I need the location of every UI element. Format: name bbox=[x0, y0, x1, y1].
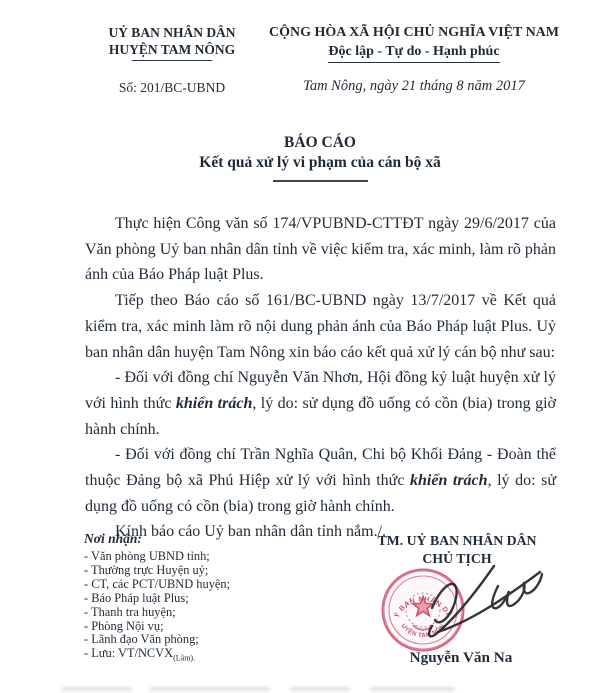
document-page: UỶ BAN NHÂN DÂN HUYỆN TAM NÔNG Số: 201/B… bbox=[0, 0, 600, 693]
issuer-org-line1: UỶ BAN NHÂN DÂN bbox=[82, 24, 262, 41]
handwritten-signature bbox=[402, 560, 547, 644]
recipient-item: - Thường trực Huyện uỷ; bbox=[84, 564, 284, 578]
issuer-block: UỶ BAN NHÂN DÂN HUYỆN TAM NÔNG Số: 201/B… bbox=[82, 24, 262, 96]
archive-clerk-initials: (Lãm). bbox=[173, 654, 195, 663]
place-and-date: Tam Nông, ngày 21 tháng 8 năm 2017 bbox=[266, 78, 562, 95]
document-body: Thực hiện Công văn số 174/VPUBND-CTTĐT n… bbox=[85, 211, 556, 545]
paragraph-4: - Đối với đồng chí Trần Nghĩa Quân, Chi … bbox=[85, 442, 556, 519]
document-type-title: BÁO CÁO bbox=[85, 133, 555, 153]
recipient-item: - Lãnh đạo Văn phòng; bbox=[84, 633, 284, 647]
signature-ink-icon bbox=[402, 560, 547, 644]
document-number: Số: 201/BC-UBND bbox=[82, 80, 262, 96]
national-motto-line2: Độc lập - Tự do - Hạnh phúc bbox=[328, 43, 499, 63]
national-motto-line1: CỘNG HÒA XÃ HỘI CHỦ NGHĨA VIỆT NAM bbox=[266, 24, 562, 42]
issuer-underline bbox=[132, 60, 212, 61]
paragraph-3: - Đối với đồng chí Nguyễn Văn Nhơn, Hội … bbox=[85, 365, 556, 442]
title-block: BÁO CÁO Kết quả xử lý vi phạm của cán bộ… bbox=[85, 133, 555, 182]
document-subject-title: Kết quả xử lý vi phạm của cán bộ xã bbox=[85, 153, 555, 173]
issuer-org-line2: HUYỆN TAM NÔNG bbox=[82, 41, 262, 58]
signer-name: Nguyễn Văn Na bbox=[366, 649, 556, 667]
scan-artifact bbox=[290, 687, 350, 691]
scan-artifact bbox=[150, 687, 270, 691]
recipient-item: - CT, các PCT/UBND huyện; bbox=[84, 578, 284, 592]
recipient-item: - Báo Pháp luật Plus; bbox=[84, 592, 284, 606]
recipients-label: Nơi nhận: bbox=[84, 531, 284, 547]
national-heading-block: CỘNG HÒA XÃ HỘI CHỦ NGHĨA VIỆT NAM Độc l… bbox=[266, 24, 562, 95]
recipient-item: - Thanh tra huyện; bbox=[84, 606, 284, 620]
title-underline bbox=[273, 180, 368, 182]
recipients-list: - Văn phòng UBND tỉnh; - Thường trực Huy… bbox=[84, 550, 284, 666]
recipient-item: - Văn phòng UBND tỉnh; bbox=[84, 550, 284, 564]
recipients-block: Nơi nhận: - Văn phòng UBND tỉnh; - Thườn… bbox=[84, 531, 284, 666]
recipient-item-archive: - Lưu: VT/NCVX(Lãm). bbox=[84, 647, 284, 665]
paragraph-4-emphasis: khiển trách bbox=[410, 472, 488, 489]
paragraph-3-emphasis: khiển trách bbox=[176, 395, 252, 412]
paragraph-1: Thực hiện Công văn số 174/VPUBND-CTTĐT n… bbox=[85, 211, 556, 288]
scan-artifact bbox=[62, 687, 132, 691]
scan-artifact bbox=[370, 687, 455, 691]
paragraph-2-text: Tiếp theo Báo cáo số 161/BC-UBND ngày 13… bbox=[85, 292, 556, 360]
paragraph-1-text: Thực hiện Công văn số 174/VPUBND-CTTĐT n… bbox=[85, 215, 556, 283]
archive-text: - Lưu: VT/NCVX bbox=[84, 646, 173, 660]
paragraph-2: Tiếp theo Báo cáo số 161/BC-UBND ngày 13… bbox=[85, 288, 556, 365]
signer-organization: TM. UỶ BAN NHÂN DÂN bbox=[346, 532, 568, 549]
recipient-item: - Phòng Nội vụ; bbox=[84, 620, 284, 634]
